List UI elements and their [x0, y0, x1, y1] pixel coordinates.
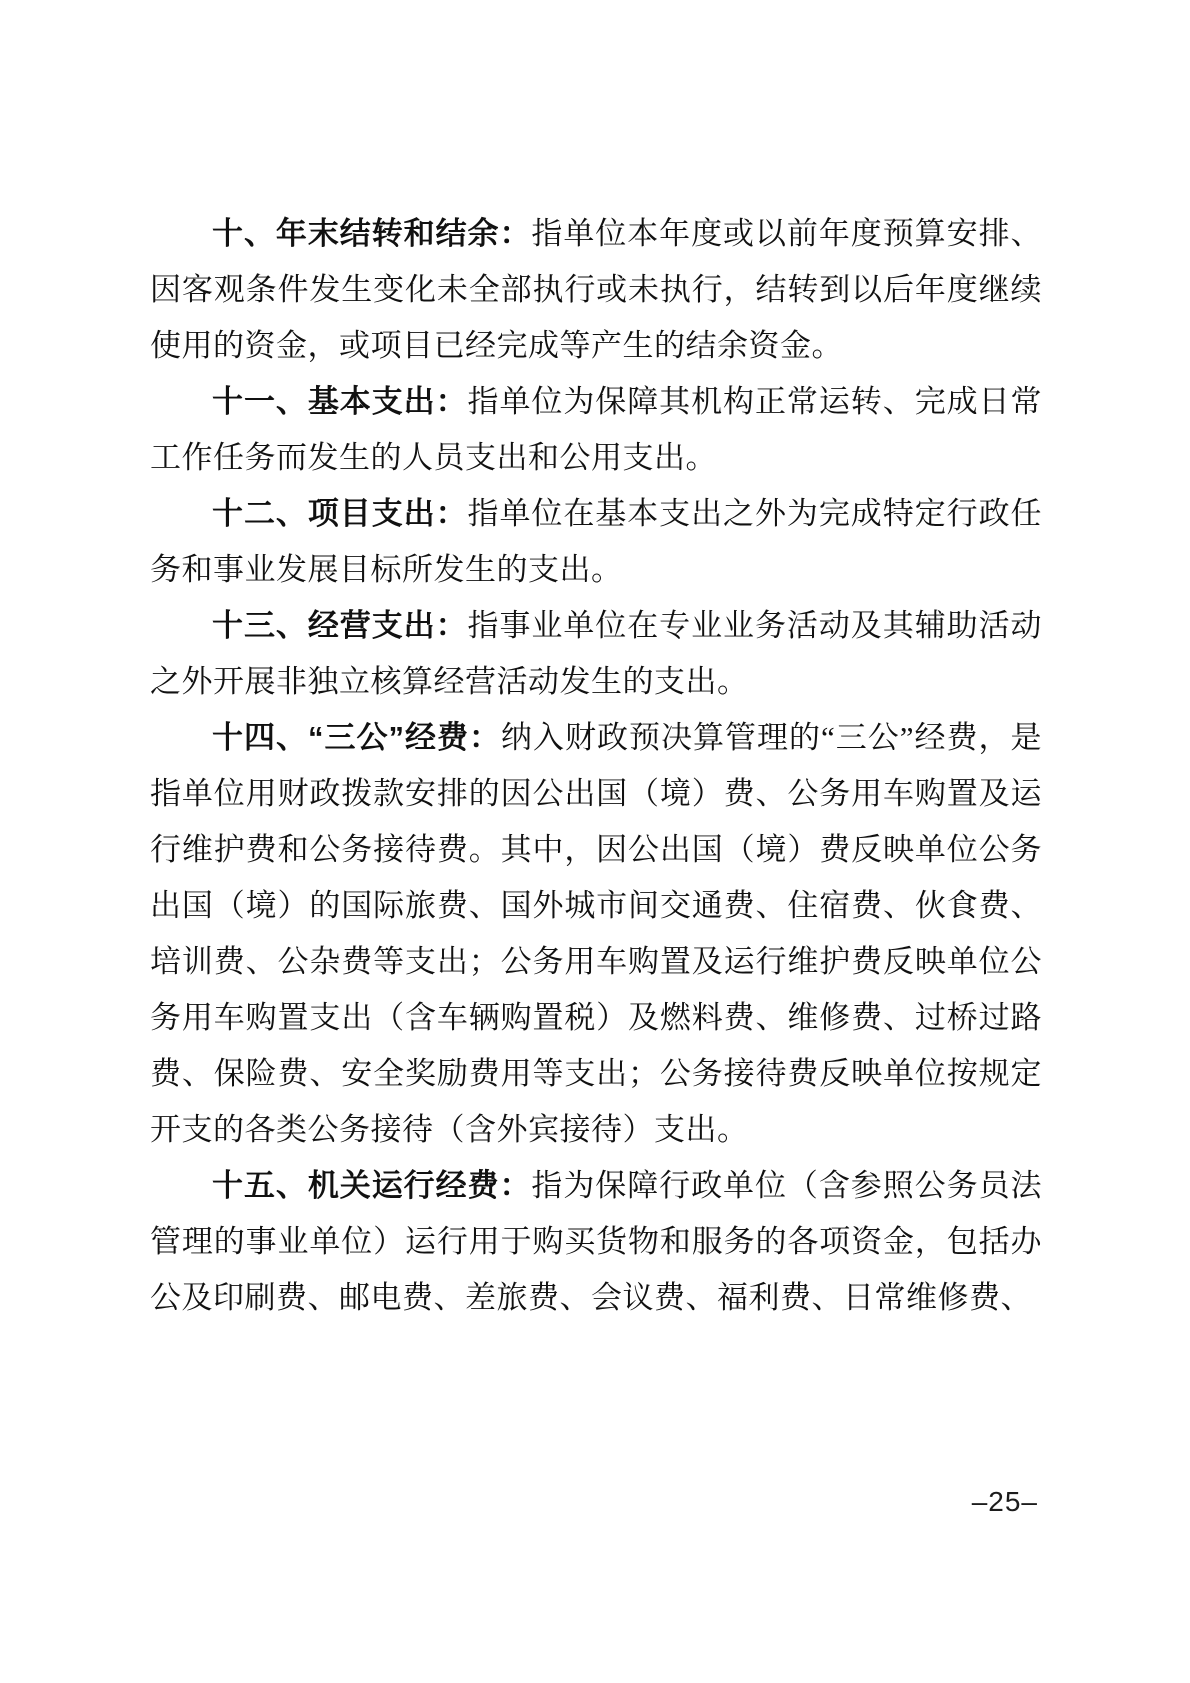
page-number: –25–	[972, 1487, 1038, 1517]
paragraph-term-10: 十、年末结转和结余：指单位本年度或以前年度预算安排、因客观条件发生变化未全部执行…	[150, 206, 1042, 374]
paragraph-term-11: 十一、基本支出：指单位为保障其机构正常运转、完成日常工作任务而发生的人员支出和公…	[150, 374, 1042, 486]
term-heading: 十三、经营支出：	[212, 608, 468, 643]
paragraph-term-14: 十四、“三公”经费：纳入财政预决算管理的“三公”经费，是指单位用财政拨款安排的因…	[150, 710, 1042, 1158]
term-definition: 纳入财政预决算管理的“三公”经费，是指单位用财政拨款安排的因公出国（境）费、公务…	[150, 720, 1042, 1147]
paragraph-term-13: 十三、经营支出：指事业单位在专业业务活动及其辅助活动之外开展非独立核算经营活动发…	[150, 598, 1042, 710]
term-heading: 十五、机关运行经费：	[212, 1168, 531, 1203]
term-heading: 十一、基本支出：	[212, 384, 468, 419]
paragraph-term-15: 十五、机关运行经费：指为保障行政单位（含参照公务员法管理的事业单位）运行用于购买…	[150, 1158, 1042, 1326]
document-page: 十、年末结转和结余：指单位本年度或以前年度预算安排、因客观条件发生变化未全部执行…	[0, 0, 1190, 1683]
paragraph-term-12: 十二、项目支出：指单位在基本支出之外为完成特定行政任务和事业发展目标所发生的支出…	[150, 486, 1042, 598]
term-heading: 十四、“三公”经费：	[212, 720, 501, 755]
document-body: 十、年末结转和结余：指单位本年度或以前年度预算安排、因客观条件发生变化未全部执行…	[150, 206, 1042, 1326]
term-heading: 十、年末结转和结余：	[212, 216, 531, 251]
term-heading: 十二、项目支出：	[212, 496, 468, 531]
